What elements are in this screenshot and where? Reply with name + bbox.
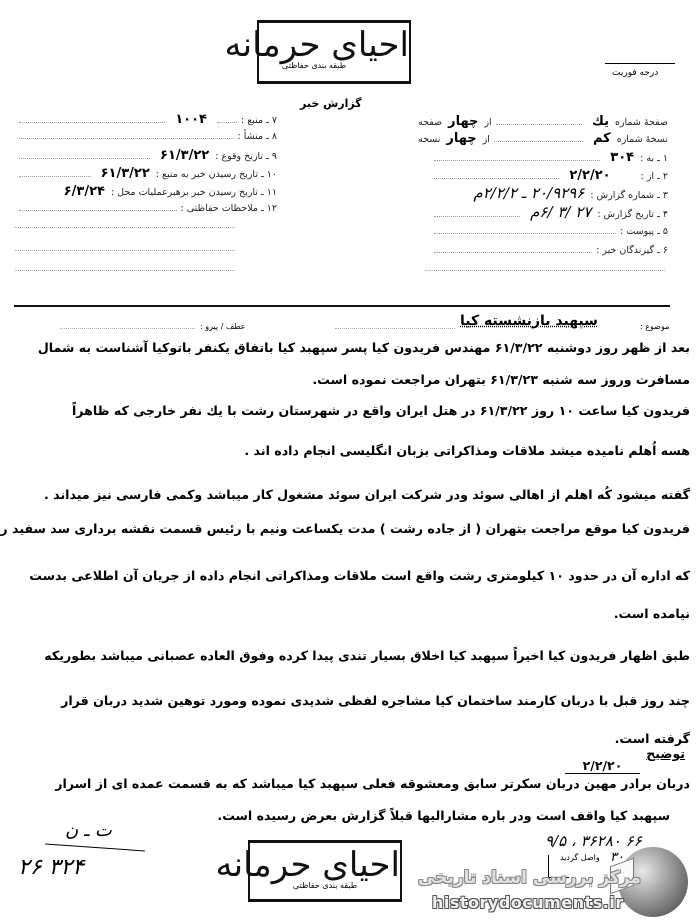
dotted-line [15, 250, 235, 251]
field-occurrence-date: ۹ ـ تاریخ وقوع : ۶۱/۳/۲۲ [15, 148, 277, 163]
body-line: چند روز قبل با دربان کارمند ساختمان کیا … [10, 693, 690, 708]
body-line: نیامده است. [10, 606, 690, 621]
body-line: بعد از ظهر روز دوشنبه ۶۱/۳/۲۲ مهندس فرید… [10, 340, 690, 355]
field-origin: ۸ ـ منشأ : [15, 130, 277, 142]
field-security-notes: ۱۲ ـ ملاحظات حفاظتی : [15, 202, 277, 214]
dotted-line [425, 270, 665, 271]
body-line: مسافرت وروز سه شنبه ۶۱/۳/۲۳ بتهران مراجع… [10, 372, 690, 387]
field-attachment: ۵ ـ پیوست : [430, 225, 668, 237]
page-number-row: صفحهٔ شماره یك از چهار صفحه [418, 114, 668, 129]
field-report-number: ۳ ـ شماره گزارش : ۲۰/۹۲۹۶ ـ ۲/۲/۲م [440, 184, 668, 202]
reference-label: عطف / پیرو : [200, 322, 246, 331]
dotted-line [15, 227, 235, 228]
subject-value: سپهبد بازنشسته کیا [460, 313, 598, 329]
archive-note-numbers: ۶۶ ۳۶۲۸۰ ، ۹/۵ [545, 832, 642, 850]
stamp-text: احیای حرمانه [259, 25, 409, 65]
copy-number-value: کم [593, 131, 611, 146]
handwritten-initials: ت ـ ن [65, 820, 112, 841]
body-line: فریدون کیا موقع مراجعت بتهران ( از جاده … [10, 521, 690, 536]
page-number-value: یك [592, 114, 609, 129]
subject-label: موضوع : [640, 322, 669, 331]
body-line: که اداره آن در حدود ۱۰ کیلومتری رشت واقع… [10, 568, 690, 583]
dotted-line [15, 270, 235, 271]
field-report-date: ۴ ـ تاریخ گزارش : ۲۷ /۳ /۶م [430, 203, 668, 221]
field-from: ۲ ـ از : ۲/۲/۲۰ [430, 168, 668, 183]
report-title: گزارش خبر [300, 97, 362, 110]
classification-stamp-bottom: احیای حرمانه طبقه بندی حفاظتی [248, 840, 402, 902]
copy-number-row: نسخهٔ شماره کم از چهار نسخه [418, 131, 668, 146]
body-line: هسه اُهلم نامیده میشد ملاقات ومذاکراتی ب… [10, 443, 690, 458]
field-to: ۱ ـ به : ۳۰۴ [430, 150, 668, 165]
priority-label: درجه فوریت [612, 68, 658, 78]
subject-dotted-line [335, 328, 455, 329]
body-line: گرفته است. [10, 731, 690, 746]
body-line: فریدون کیا ساعت ۱۰ روز ۶۱/۳/۲۲ در هتل ای… [10, 403, 690, 418]
note-heading: توضیح [646, 746, 685, 761]
handwritten-line [45, 844, 145, 852]
field-source-receipt-date: ۱۰ ـ تاریخ رسیدن خبر به منبع : ۶۱/۳/۲۲ [15, 166, 277, 181]
reference-dotted-line [60, 328, 195, 329]
section-divider [14, 305, 670, 307]
watermark-text-fa: مرکز بررسی اسناد تاریخی [418, 868, 641, 888]
body-line: طبق اظهار فریدون کیا اخیراً سپهبد کیا اخ… [10, 648, 690, 663]
field-operations-receipt-date: ۱۱ ـ تاریخ رسیدن خبر برهبرعملیات محل : ۶… [5, 184, 277, 199]
body-line: گفته میشود کُه اهلم از اهالی سوئد ودر شر… [10, 487, 690, 502]
note-line: دربان برادر مهین دربان سکرتر سابق ومعشوق… [10, 776, 690, 791]
stamp-text: احیای حرمانه [250, 845, 400, 885]
field-recipients: ۶ ـ گیرندگان خبر : [430, 244, 668, 256]
watermark-text-en: historydocuments.ir [432, 893, 624, 912]
field-source: ۷ ـ منبع : ۱۰۰۴ [15, 112, 277, 127]
classification-stamp-top: احیای حرمانه طبقه بندی حفاظتی [257, 20, 411, 84]
page-total-value: چهار [448, 114, 478, 129]
copy-total-value: چهار [446, 131, 476, 146]
note-date: ۲/۲/۲۰ [565, 758, 640, 774]
priority-line [605, 63, 675, 64]
handwritten-number: ۲۶ ۳۲۴ [18, 855, 84, 880]
